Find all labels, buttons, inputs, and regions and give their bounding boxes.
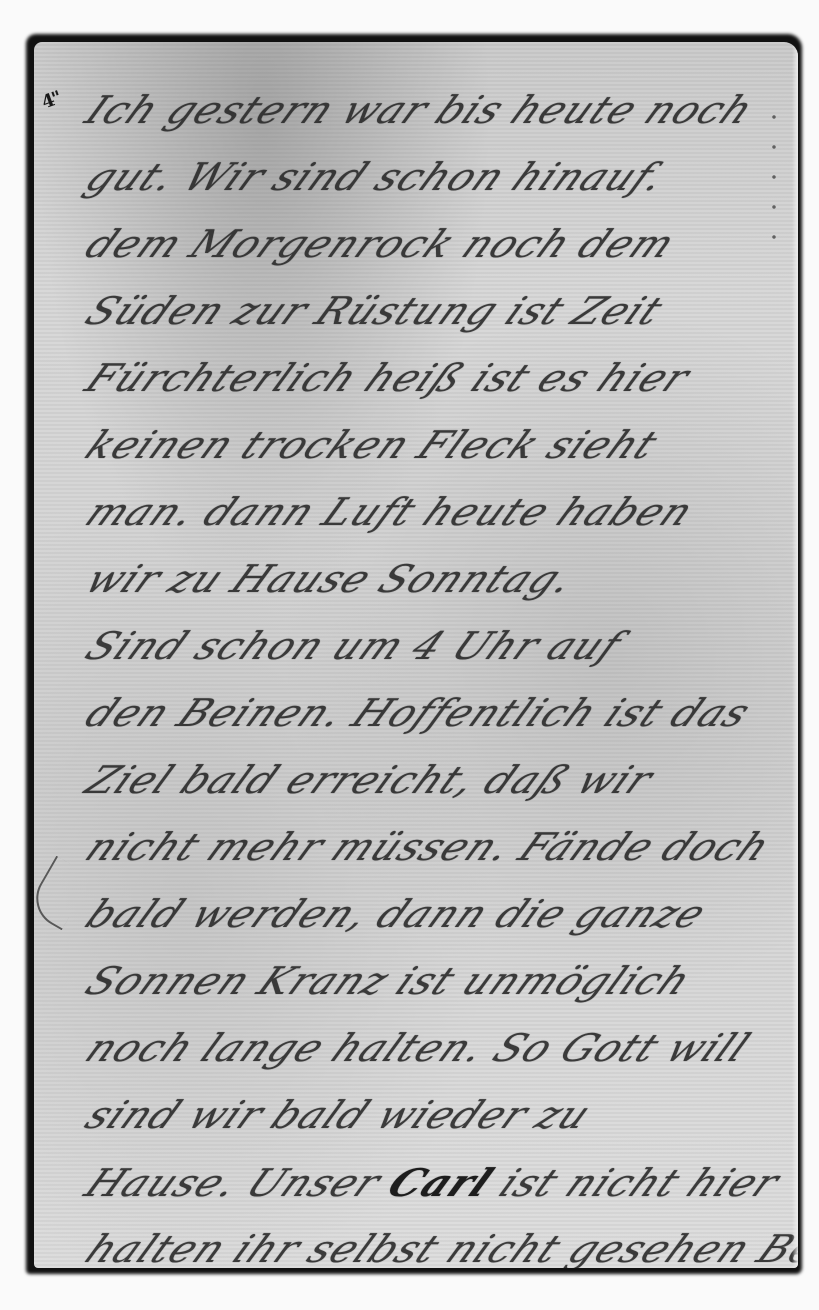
letter-page: 4" Ich gestern war bis heute noch gut. W… xyxy=(34,42,798,1268)
handwriting-line-16: sind wir bald wieder zu xyxy=(72,1084,798,1148)
handwriting-line-8: wir zu Hause Sonntag. xyxy=(72,548,798,612)
handwriting-lines: Ich gestern war bis heute noch gut. Wir … xyxy=(72,76,780,1268)
handwriting-line-12: nicht mehr müssen. Fände doch xyxy=(72,816,798,880)
handwriting-line-5: Fürchterlich heiß ist es hier xyxy=(72,347,798,411)
corner-mark: 4" xyxy=(39,88,63,114)
handwriting-line-11: Ziel bald erreicht, daß wir xyxy=(72,749,798,813)
line-17-end: ist nicht hier xyxy=(478,1162,788,1206)
handwriting-line-2: gut. Wir sind schon hinauf. xyxy=(72,146,798,210)
line-17-start: Hause. Unser xyxy=(77,1162,403,1206)
handwriting-line-1: Ich gestern war bis heute noch xyxy=(72,79,798,143)
handwriting-line-6: keinen trocken Fleck sieht xyxy=(72,414,798,478)
handwriting-line-17: Hause. Unser Carl ist nicht hier xyxy=(72,1151,798,1215)
handwriting-line-3: dem Morgenrock noch dem xyxy=(72,213,798,277)
handwriting-line-10: den Beinen. Hoffentlich ist das xyxy=(72,682,798,746)
handwriting-line-14: Sonnen Kranz ist unmöglich xyxy=(72,950,798,1014)
handwriting-line-9: Sind schon um 4 Uhr auf xyxy=(72,615,798,679)
handwriting-line-4: Süden zur Rüstung ist Zeit xyxy=(72,280,798,344)
handwriting-line-18: halten ihr selbst nicht gesehen Besserun… xyxy=(72,1218,798,1268)
scanned-letter: 4" Ich gestern war bis heute noch gut. W… xyxy=(0,0,819,1310)
handwriting-line-15: noch lange halten. So Gott will xyxy=(72,1017,798,1081)
handwriting-line-13: bald werden, dann die ganze xyxy=(72,883,798,947)
handwriting-line-7: man. dann Luft heute haben xyxy=(72,481,798,545)
